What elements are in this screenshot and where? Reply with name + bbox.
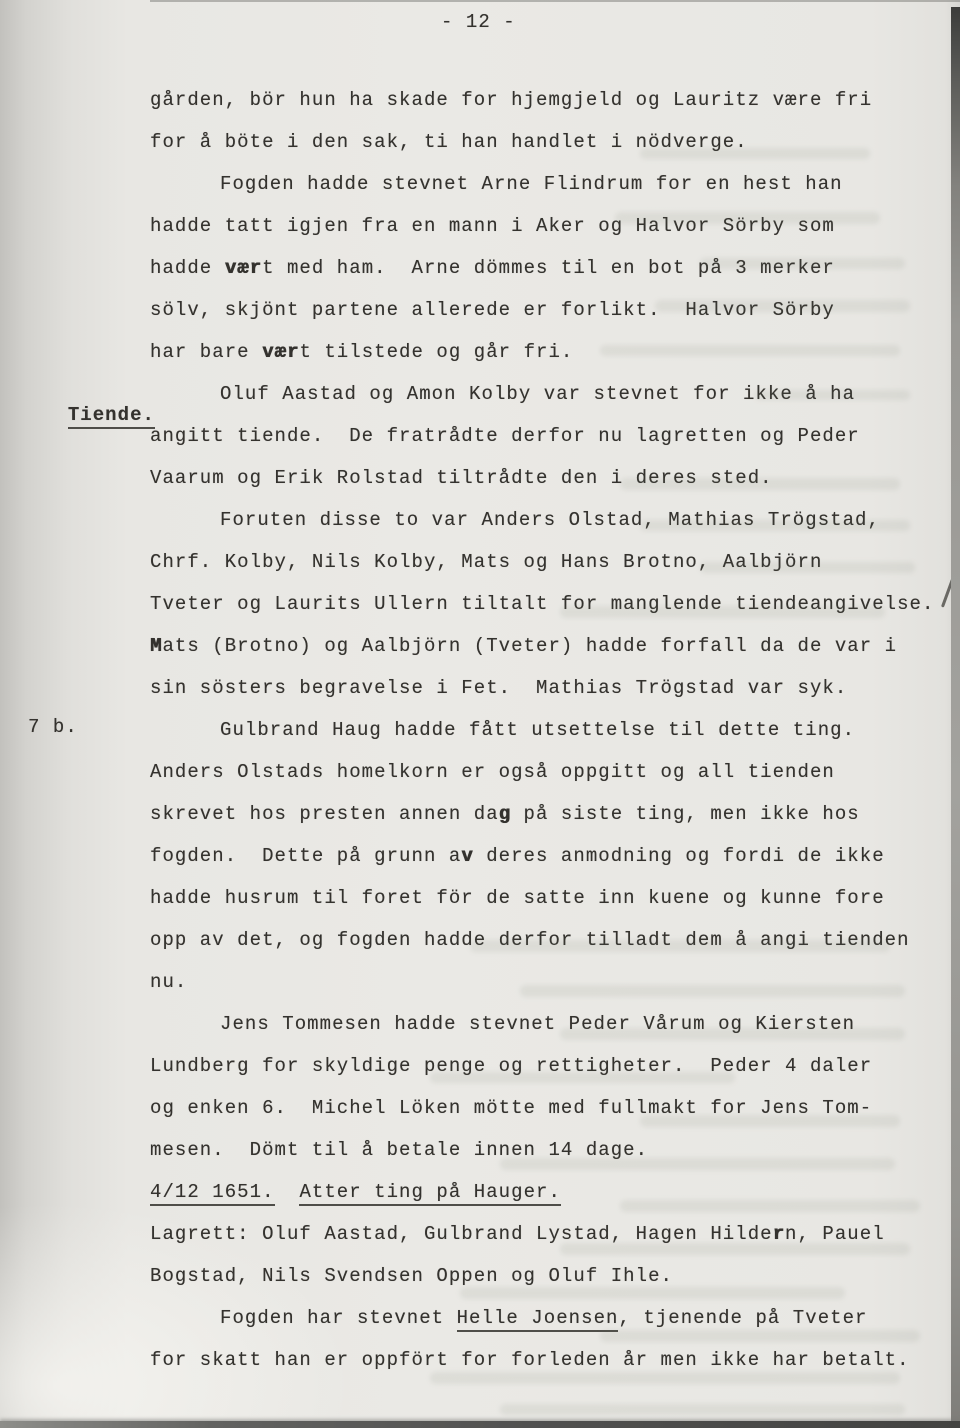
- text-segment: hadde: [150, 257, 225, 279]
- bleedthrough-mark: [560, 1243, 910, 1255]
- text-segment: Fogden har stevnet: [220, 1307, 457, 1329]
- bleedthrough-mark: [620, 478, 900, 490]
- text-segment: hadde husrum til foret för de satte inn …: [150, 887, 885, 909]
- bleedthrough-mark: [615, 212, 880, 224]
- text-segment: t tilstede og går fri.: [299, 341, 573, 363]
- text-segment: skrevet hos presten annen da: [150, 803, 499, 825]
- text-segment: nu.: [150, 971, 187, 993]
- text-segment: Lagrett: Oluf Aastad, Gulbrand Lystad, H…: [150, 1223, 773, 1245]
- text-segment: Bogstad, Nils Svendsen Oppen og Oluf Ihl…: [150, 1265, 673, 1287]
- bleedthrough-mark: [600, 345, 900, 356]
- text-segment: vær: [225, 257, 262, 279]
- bleedthrough-mark: [460, 1287, 845, 1299]
- text-segment: fogden. Dette på grunn a: [150, 845, 461, 867]
- text-segment: v: [461, 845, 473, 867]
- bleedthrough-mark: [700, 562, 915, 573]
- text-segment: ats (Brotno) og Aalbjörn (Tveter) hadde …: [162, 635, 897, 657]
- text-segment: gården, bör hun ha skade for hjemgjeld o…: [150, 89, 872, 111]
- text-segment: deres anmodning og fordi de ikke: [474, 845, 885, 867]
- page-bottom-edge: [0, 1421, 960, 1428]
- underlined-text: Helle Joensen: [457, 1307, 619, 1332]
- bleedthrough-mark: [640, 520, 910, 531]
- text-line: Fogden hadde stevnet Arne Flindrum for e…: [150, 163, 934, 205]
- text-line: sin sösters begravelse i Fet. Mathias Tr…: [150, 667, 934, 709]
- bleedthrough-mark: [700, 258, 905, 269]
- bleedthrough-mark: [500, 1404, 905, 1415]
- page-top-edge: [150, 0, 960, 2]
- bleedthrough-mark: [600, 1330, 920, 1342]
- bleedthrough-mark: [430, 1372, 900, 1384]
- underlined-text: Atter ting på Hauger.: [299, 1181, 561, 1206]
- text-segment: sin sösters begravelse i Fet. Mathias Tr…: [150, 677, 847, 699]
- text-line: Anders Olstads homelkorn er også oppgitt…: [150, 751, 934, 793]
- text-line: fogden. Dette på grunn av deres anmodnin…: [150, 835, 934, 877]
- bleedthrough-mark: [520, 985, 905, 997]
- text-segment: Gulbrand Haug hadde fått utsettelse til …: [220, 719, 855, 741]
- page-right-edge: [951, 7, 960, 1428]
- text-line: Tveter og Laurits Ullern tiltalt for man…: [150, 583, 934, 625]
- text-segment: [275, 1181, 300, 1203]
- text-line: Gulbrand Haug hadde fått utsettelse til …: [150, 709, 934, 751]
- bleedthrough-mark: [640, 1115, 900, 1127]
- bleedthrough-mark: [755, 390, 910, 400]
- text-line: angitt tiende. De fratrådte derfor nu la…: [150, 415, 934, 457]
- margin-note-tiende: Tiende.: [18, 382, 155, 448]
- text-segment: angitt tiende. De fratrådte derfor nu la…: [150, 425, 860, 447]
- text-segment: Anders Olstads homelkorn er også oppgitt…: [150, 761, 835, 783]
- text-segment: for skatt han er oppfört for forleden år…: [150, 1349, 910, 1371]
- text-segment: har bare: [150, 341, 262, 363]
- text-segment: r: [773, 1223, 785, 1245]
- bleedthrough-mark: [640, 148, 870, 159]
- text-line: skrevet hos presten annen dag på siste t…: [150, 793, 934, 835]
- margin-note-7b: 7 b.: [28, 716, 78, 738]
- text-segment: M: [150, 635, 162, 657]
- page-number: - 12 -: [441, 11, 516, 33]
- typewritten-body: gården, bör hun ha skade for hjemgjeld o…: [150, 79, 934, 1381]
- text-segment: g: [499, 803, 511, 825]
- bleedthrough-mark: [430, 1072, 735, 1083]
- text-segment: på siste ting, men ikke hos: [511, 803, 860, 825]
- bleedthrough-mark: [470, 940, 890, 952]
- bleedthrough-mark: [500, 1158, 895, 1170]
- text-segment: Fogden hadde stevnet Arne Flindrum for e…: [220, 173, 843, 195]
- bleedthrough-mark: [655, 300, 910, 312]
- margin-note-tiende-label: Tiende.: [68, 404, 155, 429]
- bleedthrough-mark: [560, 1028, 905, 1040]
- text-segment: , tjenende på Tveter: [618, 1307, 867, 1329]
- text-line: hadde husrum til foret för de satte inn …: [150, 877, 934, 919]
- bleedthrough-mark: [560, 606, 885, 618]
- bleedthrough-mark: [620, 1200, 920, 1212]
- text-line: Mats (Brotno) og Aalbjörn (Tveter) hadde…: [150, 625, 934, 667]
- text-segment: n, Pauel: [785, 1223, 885, 1245]
- text-segment: vær: [262, 341, 299, 363]
- scanned-document-page: - 12 - Tiende. 7 b. gården, bör hun ha s…: [0, 0, 960, 1428]
- underlined-text: 4/12 1651.: [150, 1181, 275, 1206]
- text-line: gården, bör hun ha skade for hjemgjeld o…: [150, 79, 934, 121]
